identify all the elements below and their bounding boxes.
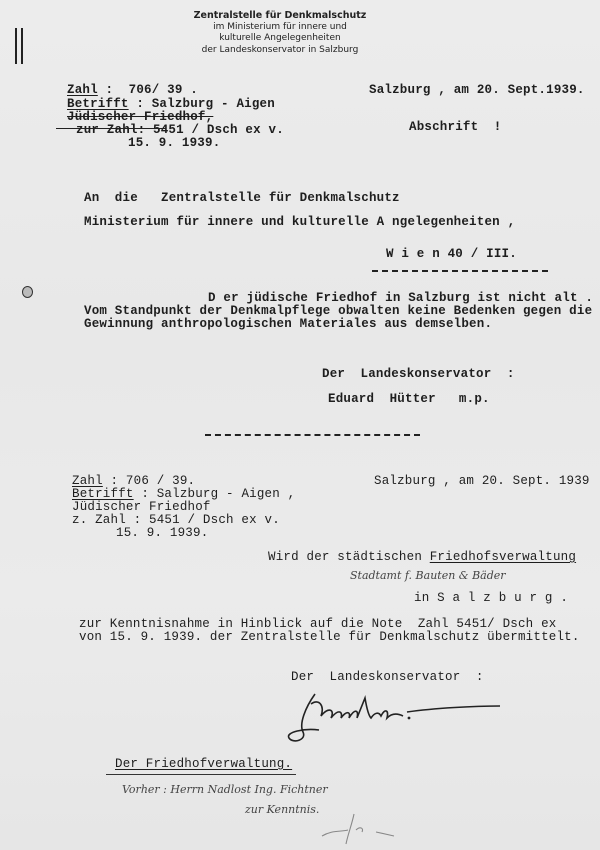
copy1-zahl-value: : 706/ 39 . [98, 83, 198, 97]
copy1-strike-line [56, 128, 166, 129]
copy1-place-date: Salzburg , am 20. Sept.1939. [369, 84, 585, 97]
copy1-signature-title: Der Landeskonservator : [322, 368, 515, 381]
copy2-signature-title: Der Landeskonservator : [291, 671, 484, 684]
copy1-zahl-label: Zahl [67, 83, 98, 97]
section-separator [205, 434, 420, 436]
margin-double-bar-mark [15, 28, 25, 64]
copy2-footer-recipient-text: Der Friedhofverwaltung. [115, 757, 292, 771]
letterhead-line-1: Zentralstelle für Denkmalschutz [180, 10, 380, 22]
copy2-place-date: Salzburg , am 20. Sept. 1939 [374, 475, 590, 488]
copy1-city-underline [372, 270, 548, 272]
copy1-body-line-3: Gewinnung anthropologischen Materiales a… [84, 318, 492, 331]
copy2-addressee-underlined: Friedhofsverwaltung [430, 550, 576, 564]
copy1-date-ref: 15. 9. 1939. [128, 137, 220, 150]
copy2-zahl-label: Zahl [72, 474, 103, 488]
copy1-abschrift-mark: Abschrift ! [409, 121, 501, 134]
copy1-signature-name: Eduard Hütter m.p. [328, 393, 490, 406]
copy1-zahl: Zahl : 706/ 39 . [67, 84, 198, 97]
copy2-footer-recipient: Der Friedhofverwaltung. [115, 758, 292, 771]
punch-hole-mark [22, 286, 33, 298]
handwritten-initials [318, 810, 398, 846]
copy2-handwritten-note-1: Vorher : Herrn Nadlost Ing. Fichtner [122, 783, 328, 796]
copy1-recipient-line-2: Ministerium für innere und kulturelle A … [84, 216, 515, 229]
copy2-addressee-prefix: Wird der städtischen [268, 550, 430, 564]
copy2-addressee-city: in S a l z b u r g . [414, 592, 568, 605]
copy1-betrifft-label: Betrifft [67, 97, 129, 111]
copy2-addressee-line-1: Wird der städtischen Friedhofsverwaltung [268, 551, 576, 564]
copy2-footer-underline [106, 774, 296, 775]
handwritten-signature [285, 688, 505, 748]
letterhead-line-4: der Landeskonservator in Salzburg [180, 45, 380, 57]
copy2-betrifft-label: Betrifft [72, 487, 134, 501]
copy2-handwritten-addressee: Stadtamt f. Bauten & Bäder [350, 569, 506, 582]
copy2-betrifft-value: : Salzburg - Aigen , [134, 487, 296, 501]
copy2-date-ref: 15. 9. 1939. [116, 527, 208, 540]
letterhead: Zentralstelle für Denkmalschutz im Minis… [180, 10, 380, 56]
copy2-zahl-value: : 706 / 39. [103, 474, 195, 488]
copy2-body-line-2: von 15. 9. 1939. der Zentralstelle für D… [79, 631, 580, 644]
document-page: Zentralstelle für Denkmalschutz im Minis… [0, 0, 600, 850]
copy1-recipient-city: W i e n 40 / III. [386, 248, 517, 261]
copy1-betrifft-value: : Salzburg - Aigen [129, 97, 275, 111]
copy2-handwritten-note-2: zur Kenntnis. [245, 803, 319, 816]
copy1-recipient-line-1: An die Zentralstelle für Denkmalschutz [84, 192, 400, 205]
letterhead-line-3: kulturelle Angelegenheiten [180, 33, 380, 45]
letterhead-line-2: im Ministerium für innere und [180, 22, 380, 34]
